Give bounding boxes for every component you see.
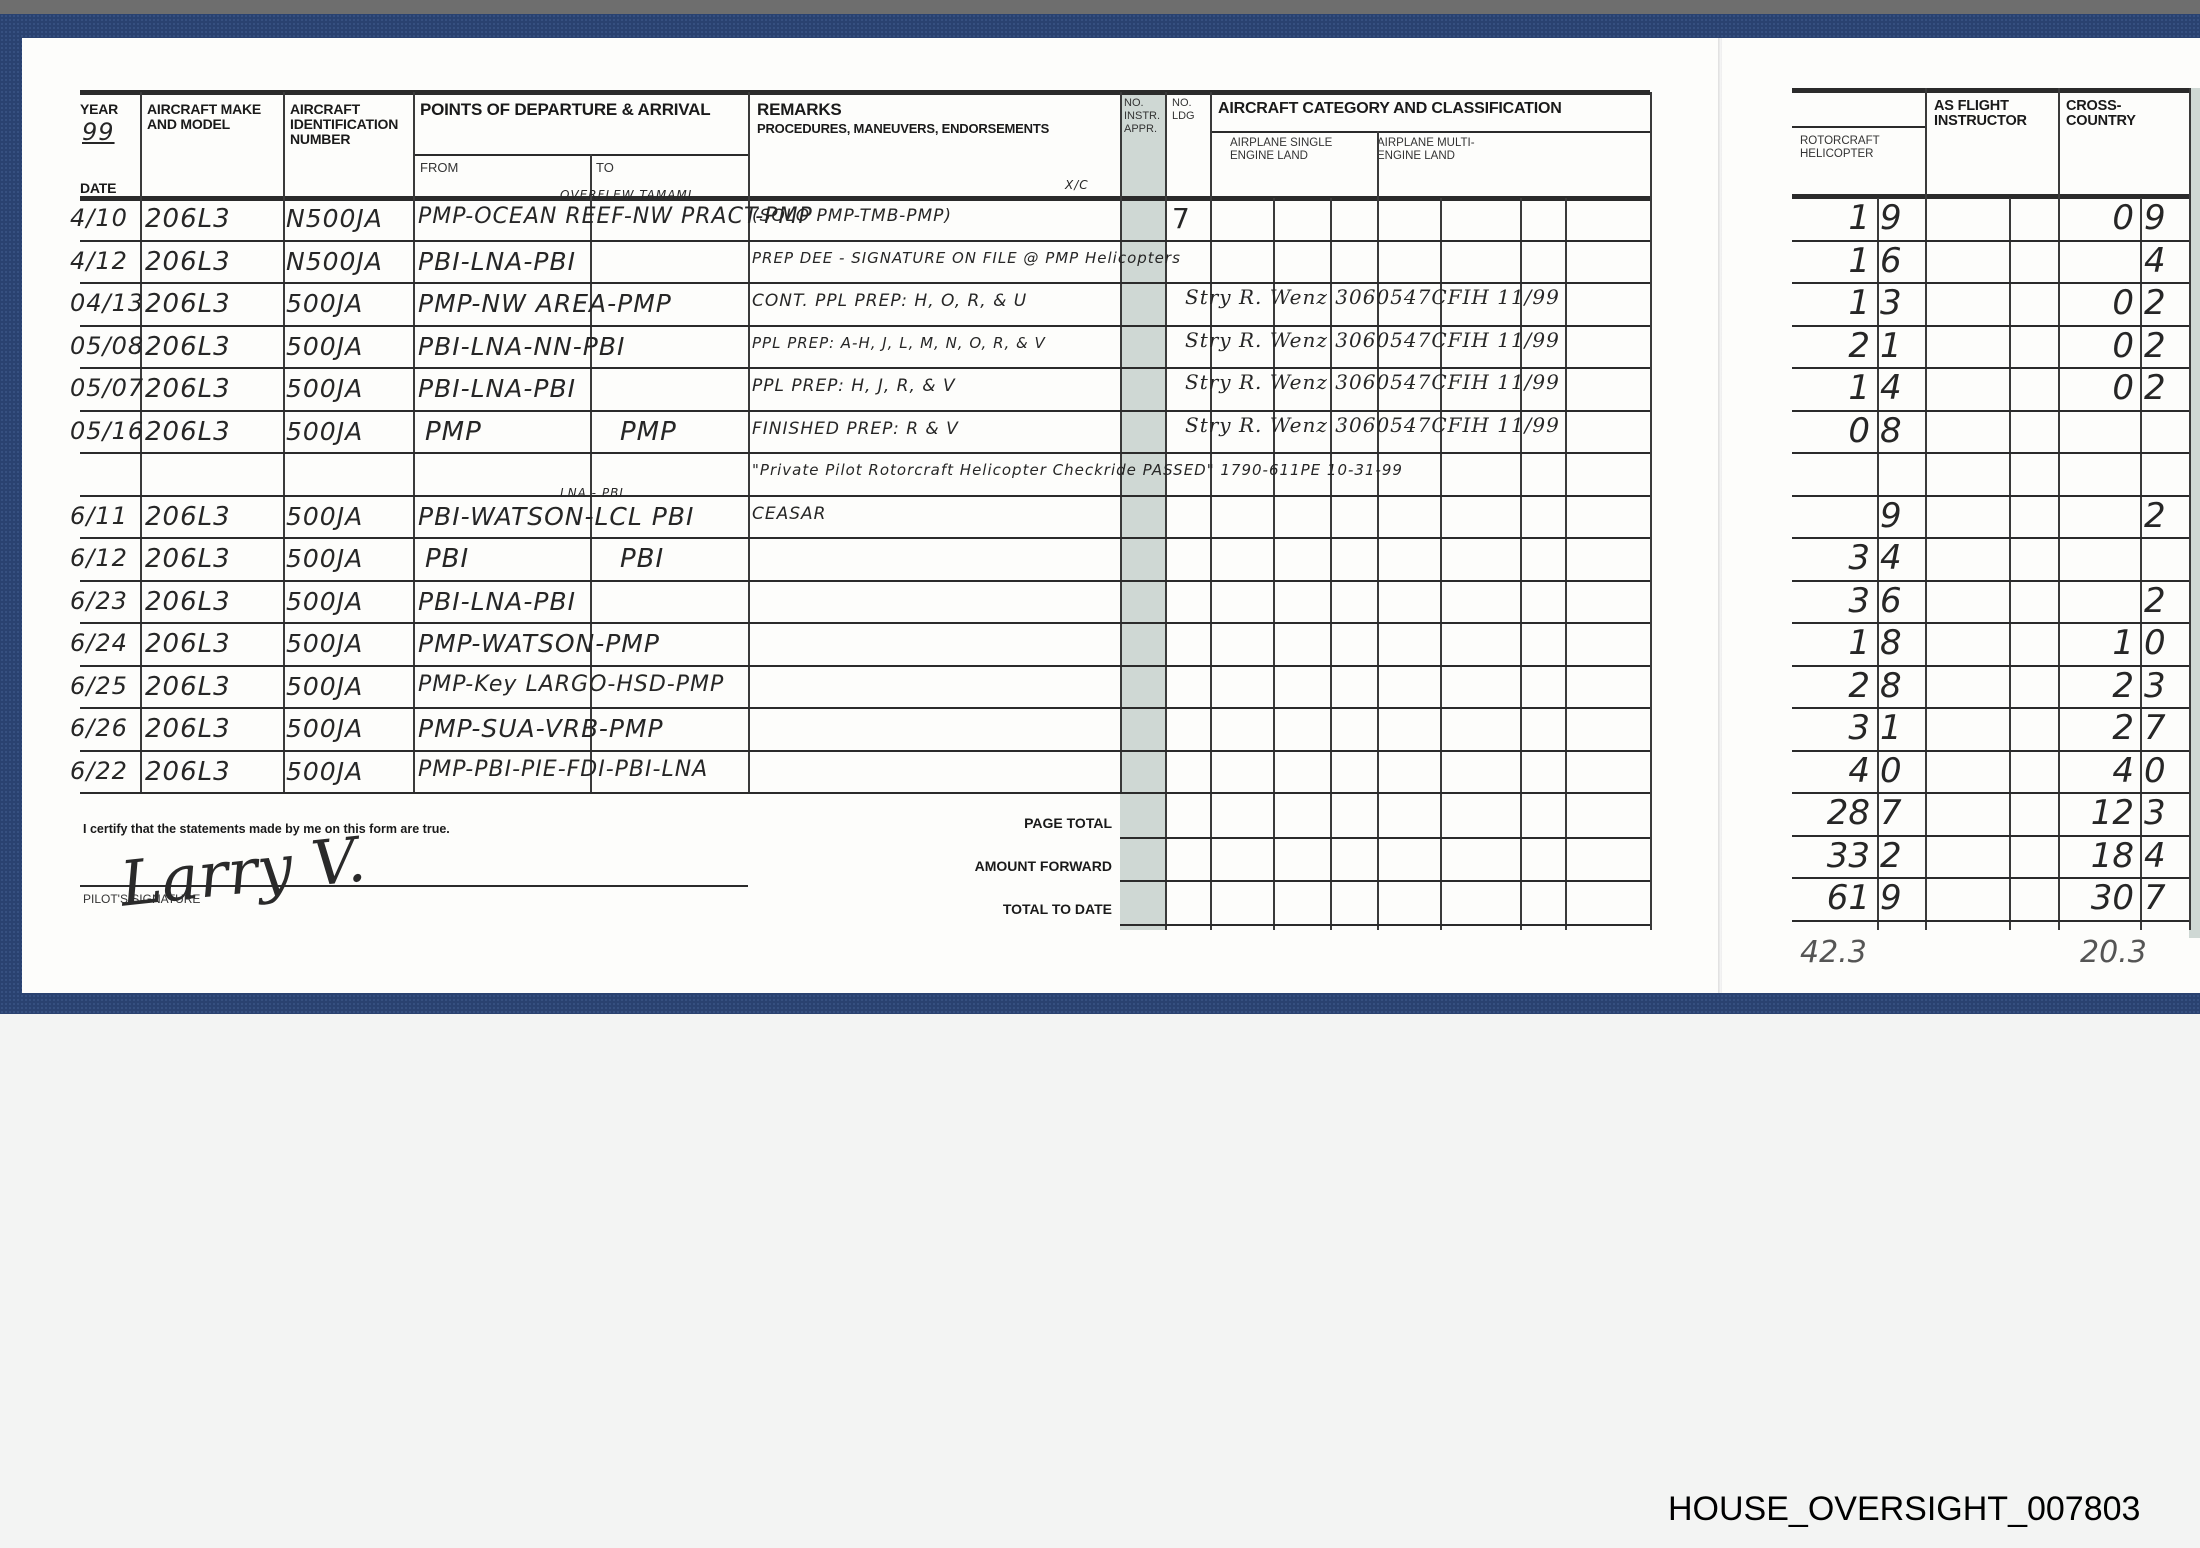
entry-remarks: PPL PREP: H, J, R, & V: [752, 376, 956, 396]
entry-date: 05/08: [70, 332, 144, 360]
entry-aircraft-ident: 500JA: [286, 289, 363, 318]
instructor-endorsement: Stry R. Wenz 3060547CFIH 11/99: [1185, 370, 1560, 394]
entry-date: 6/24: [70, 629, 128, 657]
entry-aircraft-model: 206L3: [145, 204, 231, 234]
right-column-divider: [2140, 198, 2142, 930]
entry-aircraft-ident: 500JA: [286, 757, 363, 786]
row-rule: [80, 452, 1650, 454]
entry-aircraft-ident: 500JA: [286, 332, 363, 361]
total-to-date-label: TOTAL TO DATE: [912, 901, 1112, 917]
entry-aircraft-model: 206L3: [145, 587, 231, 617]
entry-aircraft-ident: 500JA: [286, 587, 363, 616]
remarks-header: REMARKS: [757, 101, 842, 119]
entry-aircraft-ident: 500JA: [286, 714, 363, 743]
helicopter-tenths: 0: [1880, 751, 1920, 791]
cross-country-tenths: 3: [2144, 666, 2184, 706]
helicopter-tenths: 9: [1880, 198, 1920, 238]
column-divider: [1120, 92, 1122, 793]
totals-divider: [1565, 793, 1567, 930]
entry-remarks: FINISHED PREP: R & V: [752, 419, 959, 439]
column-divider: [748, 92, 750, 793]
row-rule: [80, 580, 1650, 582]
helicopter-tenths: 9: [1880, 496, 1920, 536]
helicopter-hours: 33: [1800, 836, 1870, 876]
totals-divider: [1520, 793, 1522, 930]
helicopter-tenths: 2: [1880, 836, 1920, 876]
helicopter-tenths: 6: [1880, 241, 1920, 281]
cross-country-hours: 2: [2062, 708, 2134, 748]
entry-date: 6/25: [70, 672, 128, 700]
year-header: YEAR: [80, 102, 118, 117]
cross-country-tenths: 0: [2144, 623, 2184, 663]
entry-aircraft-ident: 500JA: [286, 672, 363, 701]
row-rule: [80, 792, 1650, 794]
entry-aircraft-ident: N500JA: [286, 247, 383, 276]
cross-country-tenths: 2: [2144, 581, 2184, 621]
entry-remarks: "Private Pilot Rotorcraft Helicopter Che…: [752, 461, 1403, 479]
points-header: POINTS OF DEPARTURE & ARRIVAL: [420, 101, 710, 119]
rotorcraft-header: ROTORCRAFT HELICOPTER: [1800, 135, 1910, 161]
cross-country-tenths: 7: [2144, 708, 2184, 748]
totals-divider: [1440, 793, 1442, 930]
helicopter-tenths: 8: [1880, 411, 1920, 451]
row-rule: [80, 750, 1650, 752]
right-column-divider: [2189, 88, 2191, 930]
cross-country-tenths: 0: [2144, 751, 2184, 791]
helicopter-tenths: 9: [1880, 878, 1920, 918]
entry-aircraft-model: 206L3: [145, 672, 231, 702]
entry-landings: 7: [1172, 202, 1191, 235]
cross-country-tenths: 2: [2144, 326, 2184, 366]
entry-route: PBI-LNA-PBI: [418, 247, 576, 276]
entry-route-note: LNA - PBI: [560, 486, 624, 500]
helicopter-tenths: 1: [1880, 326, 1920, 366]
helicopter-tenths: 3: [1880, 283, 1920, 323]
cross-country-hours: 0: [2062, 368, 2134, 408]
instructor-endorsement: Stry R. Wenz 3060547CFIH 11/99: [1185, 328, 1560, 352]
helicopter-tenths: 8: [1880, 666, 1920, 706]
date-header: DATE: [80, 181, 116, 196]
helicopter-hours: 2: [1800, 666, 1870, 706]
bates-number: HOUSE_OVERSIGHT_007803: [1668, 1490, 2140, 1529]
entry-route-to: PBI: [620, 544, 664, 574]
entry-date: 6/22: [70, 757, 128, 785]
cross-country-hours: 4: [2062, 751, 2134, 791]
column-divider: [283, 92, 285, 793]
totals-divider: [1330, 793, 1332, 930]
entry-aircraft-ident: 500JA: [286, 502, 363, 531]
cross-country-hours: 30: [2062, 878, 2134, 918]
totals-divider: [1650, 793, 1652, 930]
helicopter-hours: 1: [1800, 283, 1870, 323]
right-header-top-rule: [1792, 88, 2200, 93]
totals-row-rule: [1120, 924, 1650, 926]
totals-row-rule: [1120, 880, 1650, 882]
helicopter-tenths: 4: [1880, 538, 1920, 578]
right-row-rule: [1792, 495, 2189, 497]
amount-forward-label: AMOUNT FORWARD: [912, 858, 1112, 874]
entry-date: 04/13: [70, 289, 144, 317]
instructor-endorsement: Stry R. Wenz 3060547CFIH 11/99: [1185, 285, 1560, 309]
entry-remarks: PREP DEE - SIGNATURE ON FILE @ PMP Helic…: [752, 249, 1181, 267]
entry-route: PMP-SUA-VRB-PMP: [418, 714, 664, 743]
helicopter-note: 42.3: [1800, 935, 1910, 970]
column-divider: [590, 154, 592, 793]
totals-divider: [1273, 793, 1275, 930]
entry-route-note: OVERFLEW TAMAMI: [560, 188, 692, 202]
cross-country-note: 20.3: [2080, 935, 2180, 970]
entry-route-to: PMP: [620, 417, 677, 447]
entry-route: PMP-Key LARGO-HSD-PMP: [418, 672, 724, 697]
entry-route-from: PMP: [425, 417, 482, 447]
page-total-label: PAGE TOTAL: [912, 815, 1112, 831]
entry-route: PBI-LNA-NN-PBI: [418, 332, 625, 361]
right-row-rule: [1792, 920, 2189, 922]
ident-header: AIRCRAFT IDENTIFICATION NUMBER: [290, 102, 405, 147]
ldg-header: NO. LDG: [1172, 97, 1202, 123]
entry-route: PBI-WATSON-LCL PBI: [418, 502, 694, 531]
cross-country-hours: 1: [2062, 623, 2134, 663]
helicopter-tenths: 4: [1880, 368, 1920, 408]
totals-divider: [1165, 793, 1167, 930]
helicopter-hours: 28: [1800, 793, 1870, 833]
entry-date: 05/16: [70, 417, 144, 445]
entry-aircraft-model: 206L3: [145, 502, 231, 532]
helicopter-tenths: 6: [1880, 581, 1920, 621]
cross-country-hours: 12: [2062, 793, 2134, 833]
cross-country-hours: 18: [2062, 836, 2134, 876]
flight-instructor-header: AS FLIGHT INSTRUCTOR: [1934, 99, 2054, 129]
entry-date: 6/11: [70, 502, 128, 530]
cross-country-hours: 0: [2062, 326, 2134, 366]
xc-note: X/C: [1065, 178, 1089, 192]
row-rule: [80, 707, 1650, 709]
right-column-divider: [2009, 198, 2011, 930]
entry-route: PMP-PBI-PIE-FDI-PBI-LNA: [418, 757, 708, 782]
category-subheader-rule: [1210, 131, 1650, 133]
row-rule: [80, 410, 1650, 412]
helicopter-hours: 1: [1800, 623, 1870, 663]
column-divider: [413, 92, 415, 793]
instructor-endorsement: Stry R. Wenz 3060547CFIH 11/99: [1185, 413, 1560, 437]
entry-remarks: PPL PREP: A-H, J, L, M, N, O, R, & V: [752, 334, 1046, 352]
category-header: AIRCRAFT CATEGORY and CLASSIFICATION: [1218, 100, 1562, 118]
column-divider: [1650, 92, 1652, 793]
helicopter-hours: 1: [1800, 241, 1870, 281]
helicopter-hours: 4: [1800, 751, 1870, 791]
entry-aircraft-ident: 500JA: [286, 374, 363, 403]
cross-country-tenths: 7: [2144, 878, 2184, 918]
row-rule: [80, 495, 1650, 497]
points-subheader-rule: [413, 154, 748, 156]
asel-header: AIRPLANE SINGLE ENGINE LAND: [1230, 137, 1340, 163]
column-divider: [1210, 92, 1212, 793]
instr-appr-header: NO. INSTR. APPR.: [1124, 97, 1164, 136]
cross-country-tenths: 2: [2144, 496, 2184, 536]
from-header: FROM: [420, 161, 458, 174]
entry-date: 4/10: [70, 204, 128, 232]
entry-aircraft-ident: 500JA: [286, 544, 363, 573]
entry-date: 05/07: [70, 374, 144, 402]
cross-country-tenths: 9: [2144, 198, 2184, 238]
remarks-subheader: PROCEDURES, MANEUVERS, ENDORSEMENTS: [757, 121, 1049, 136]
entry-remarks: (SOLO PMP-TMB-PMP): [752, 206, 952, 226]
entry-aircraft-model: 206L3: [145, 247, 231, 277]
cross-country-tenths: 4: [2144, 241, 2184, 281]
cross-country-tenths: 3: [2144, 793, 2184, 833]
entry-aircraft-ident: N500JA: [286, 204, 383, 233]
entry-aircraft-ident: 500JA: [286, 417, 363, 446]
row-rule: [80, 367, 1650, 369]
header-top-rule: [80, 90, 1650, 95]
helicopter-hours: 1: [1800, 198, 1870, 238]
scanner-edge: [0, 0, 2200, 14]
entry-route: PBI-LNA-PBI: [418, 374, 576, 403]
cross-country-header: CROSS-COUNTRY: [2066, 99, 2166, 129]
cross-country-tenths: 4: [2144, 836, 2184, 876]
year-value: 99: [82, 118, 115, 146]
entry-route-from: PBI: [425, 544, 469, 574]
header-bottom-rule: [80, 196, 1650, 201]
rotorcraft-subheader-rule: [1792, 126, 1925, 128]
helicopter-hours: 3: [1800, 581, 1870, 621]
entry-date: 6/26: [70, 714, 128, 742]
helicopter-hours: 1: [1800, 368, 1870, 408]
helicopter-hours: 3: [1800, 708, 1870, 748]
entry-aircraft-model: 206L3: [145, 417, 231, 447]
entry-aircraft-model: 206L3: [145, 757, 231, 787]
row-rule: [80, 282, 1650, 284]
right-shaded-column: [2189, 88, 2200, 938]
helicopter-hours: 61: [1800, 878, 1870, 918]
helicopter-hours: 3: [1800, 538, 1870, 578]
helicopter-tenths: 7: [1880, 793, 1920, 833]
entry-aircraft-model: 206L3: [145, 629, 231, 659]
cross-country-tenths: 2: [2144, 368, 2184, 408]
cross-country-hours: 0: [2062, 283, 2134, 323]
entry-remarks: CEASAR: [752, 504, 826, 524]
entry-aircraft-model: 206L3: [145, 332, 231, 362]
column-divider: [1165, 92, 1167, 793]
row-rule: [80, 240, 1650, 242]
totals-row-rule: [1120, 837, 1650, 839]
helicopter-tenths: 8: [1880, 623, 1920, 663]
entry-aircraft-model: 206L3: [145, 374, 231, 404]
helicopter-hours: 0: [1800, 411, 1870, 451]
entry-date: 6/23: [70, 587, 128, 615]
entry-route: PBI-LNA-PBI: [418, 587, 576, 616]
entry-date: 6/12: [70, 544, 128, 572]
entry-aircraft-model: 206L3: [145, 714, 231, 744]
right-column-divider: [2058, 88, 2060, 930]
entry-route: PMP-WATSON-PMP: [418, 629, 660, 658]
right-column-divider: [1877, 198, 1879, 930]
cross-country-hours: 0: [2062, 198, 2134, 238]
amel-header: AIRPLANE MULTI-ENGINE LAND: [1377, 137, 1477, 163]
helicopter-hours: 2: [1800, 326, 1870, 366]
instr-totals-shading: [1120, 793, 1165, 930]
make-model-header: AIRCRAFT MAKE and MODEL: [147, 102, 272, 132]
totals-divider: [1210, 793, 1212, 930]
row-rule: [80, 622, 1650, 624]
entry-date: 4/12: [70, 247, 128, 275]
row-rule: [80, 665, 1650, 667]
row-rule: [80, 537, 1650, 539]
entry-aircraft-model: 206L3: [145, 544, 231, 574]
entry-aircraft-ident: 500JA: [286, 629, 363, 658]
row-rule: [80, 325, 1650, 327]
right-row-rule: [1792, 452, 2189, 454]
totals-divider: [1377, 793, 1379, 930]
right-column-divider: [1925, 88, 1927, 930]
entry-route: PMP-NW AREA-PMP: [418, 289, 672, 318]
helicopter-tenths: 1: [1880, 708, 1920, 748]
cross-country-tenths: 2: [2144, 283, 2184, 323]
to-header: TO: [596, 161, 614, 174]
entry-remarks: CONT. PPL PREP: H, O, R, & U: [752, 291, 1027, 311]
entry-aircraft-model: 206L3: [145, 289, 231, 319]
cross-country-hours: 2: [2062, 666, 2134, 706]
